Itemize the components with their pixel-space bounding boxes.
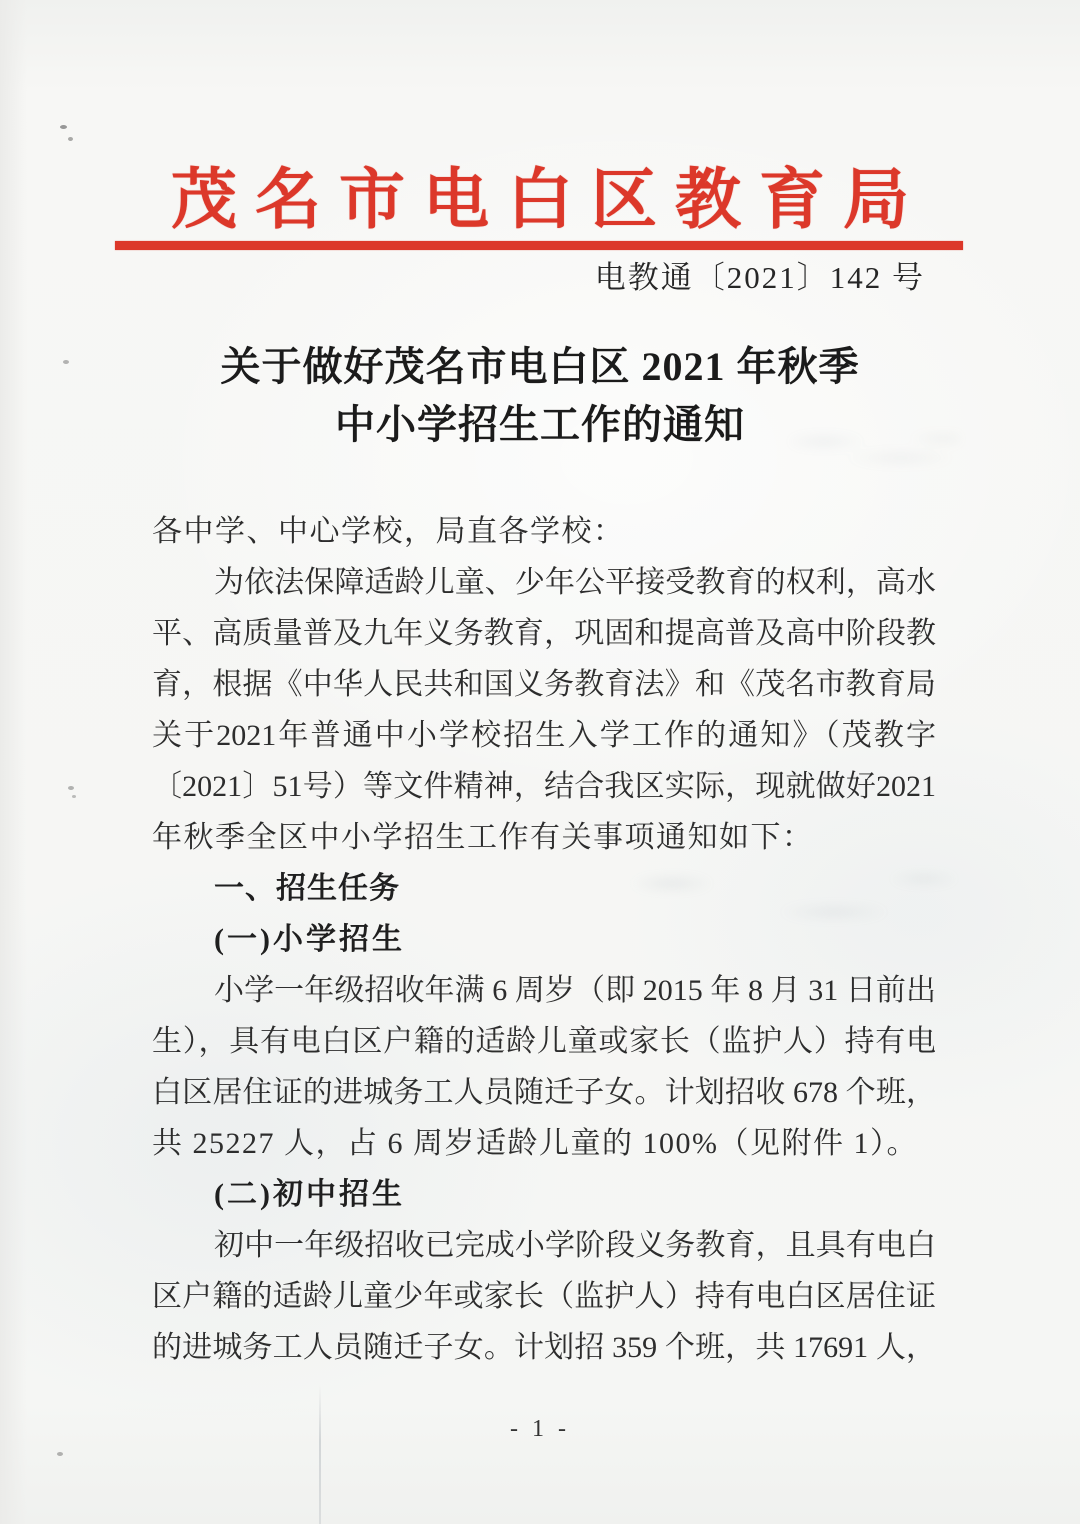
page-number: - 1 - (0, 1416, 1080, 1443)
scan-speck (72, 795, 76, 798)
subsection-heading: (一)小学招生 (152, 914, 936, 965)
scan-speck (63, 360, 69, 364)
document-reference-number: 电教通〔2021〕142 号 (595, 252, 925, 297)
scan-speck (68, 786, 74, 790)
body-line: 育，根据《中华人民共和国义务教育法》和《茂名市教育局 (152, 659, 936, 710)
scan-speck (68, 137, 73, 141)
body-line: 平、高质量普及九年义务教育，巩固和提高普及高中阶段教 (152, 608, 936, 659)
agency-letterhead: 茂名市电白区教育局 (0, 146, 1080, 241)
document-title-line1: 关于做好茂名市电白区 2021 年秋季 (0, 338, 1080, 396)
subsection-heading: (二)初中招生 (152, 1169, 936, 1220)
body-line: 的进城务工人员随迁子女。计划招 359 个班，共 17691 人， (152, 1322, 936, 1373)
paper-crease (319, 1385, 321, 1524)
scanned-document-page: 茂名市电白区教育局 电教通〔2021〕142 号 关于做好茂名市电白区 2021… (0, 0, 1080, 1524)
body-line: 为依法保障适龄儿童、少年公平接受教育的权利，高水 (152, 557, 936, 608)
scan-speck (60, 125, 67, 129)
body-line: 关于2021年普通中小学校招生入学工作的通知》（茂教字 (152, 710, 936, 761)
letterhead-divider-rule (115, 241, 963, 250)
body-line: 区户籍的适龄儿童少年或家长（监护人）持有电白区居住证 (152, 1271, 936, 1322)
body-line: 共 25227 人，占 6 周岁适龄儿童的 100%（见附件 1）。 (152, 1118, 936, 1169)
body-line: 生），具有电白区户籍的适龄儿童或家长（监护人）持有电 (152, 1016, 936, 1067)
section-heading: 一、招生任务 (152, 863, 936, 914)
document-body: 各中学、中心学校，局直各学校：为依法保障适龄儿童、少年公平接受教育的权利，高水平… (152, 506, 936, 1373)
document-title: 关于做好茂名市电白区 2021 年秋季 中小学招生工作的通知 (0, 338, 1080, 454)
body-line: 年秋季全区中小学招生工作有关事项通知如下： (152, 812, 936, 863)
document-title-line2: 中小学招生工作的通知 (0, 396, 1080, 454)
salutation: 各中学、中心学校，局直各学校： (152, 506, 936, 557)
body-line: 小学一年级招收年满 6 周岁（即 2015 年 8 月 31 日前出 (152, 965, 936, 1016)
body-line: 白区居住证的进城务工人员随迁子女。计划招收 678 个班， (152, 1067, 936, 1118)
scan-speck (57, 1452, 63, 1456)
body-line: 初中一年级招收已完成小学阶段义务教育，且具有电白 (152, 1220, 936, 1271)
body-line: 〔2021〕51号）等文件精神，结合我区实际，现就做好2021 (152, 761, 936, 812)
